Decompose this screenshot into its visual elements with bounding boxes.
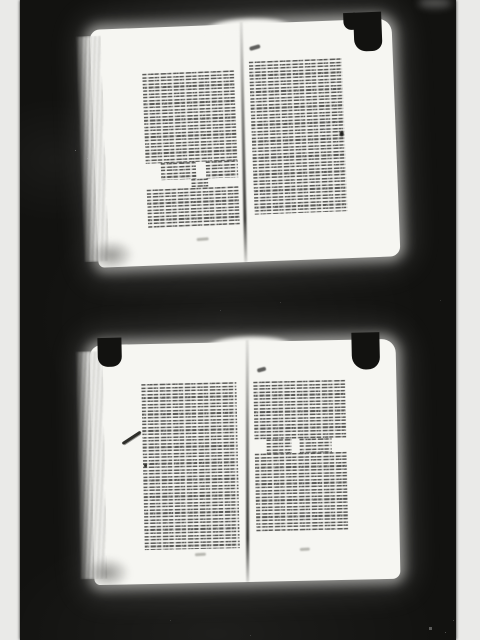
margin-mark <box>340 131 344 136</box>
text-column <box>267 439 292 454</box>
catchword-mark <box>197 237 209 241</box>
book-gutter <box>246 340 249 582</box>
page-fore-edges <box>75 35 110 262</box>
text-paragraph <box>147 186 240 229</box>
page-curve-bump <box>206 336 294 350</box>
margin-pen-mark <box>122 431 142 445</box>
text-block-right-page <box>249 58 348 214</box>
film-edge-smudge <box>418 0 452 8</box>
text-paragraph <box>255 452 349 532</box>
text-column <box>161 162 197 180</box>
book-spread-bottom <box>90 339 401 585</box>
film-background <box>20 0 456 640</box>
catchword-mark <box>195 553 206 557</box>
text-column <box>206 160 239 178</box>
book-spread-top <box>90 18 401 267</box>
page-corner-shadow <box>88 238 135 272</box>
page-corner-shadow <box>84 556 131 589</box>
page-fore-edges <box>75 351 108 580</box>
film-notch <box>351 332 380 370</box>
text-paragraph <box>253 380 346 440</box>
text-paragraph <box>141 382 239 550</box>
book-gutter <box>240 22 247 262</box>
handwritten-foliation-mark <box>257 367 267 373</box>
text-column <box>300 438 332 453</box>
text-column <box>191 178 208 188</box>
catchword-mark <box>300 547 310 551</box>
text-two-columns <box>146 160 239 181</box>
film-notch <box>353 12 382 52</box>
text-paragraph <box>249 58 348 214</box>
page-curve-bump <box>204 17 292 32</box>
dust-specks <box>75 150 76 151</box>
film-notch <box>97 338 122 367</box>
text-block-left-page <box>142 70 240 228</box>
text-block-left-page <box>141 382 239 550</box>
margin-ink-dot <box>144 464 147 467</box>
text-block-right-page <box>253 380 348 532</box>
microfilm-photo <box>0 0 480 640</box>
text-paragraph <box>142 70 237 163</box>
handwritten-foliation-mark <box>249 44 261 51</box>
